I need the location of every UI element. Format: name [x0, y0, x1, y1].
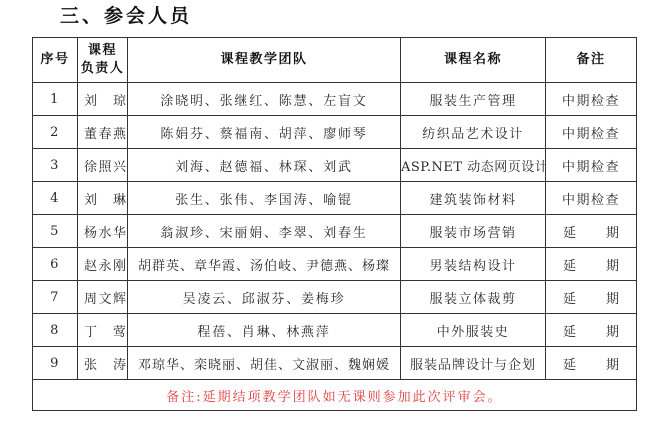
cell-leader: 张 涛: [78, 347, 128, 380]
cell-team: 邓琼华、栾晓丽、胡佳、文淑丽、魏娴媛: [128, 347, 401, 380]
cell-index: 2: [33, 116, 78, 149]
header-leader-line1: 课程: [78, 42, 127, 60]
cell-course: 服装生产管理: [401, 83, 546, 116]
remark-text: 延期: [563, 255, 619, 274]
cell-remark: 延期: [546, 281, 637, 314]
header-leader-line2: 负责人: [78, 60, 127, 78]
section-title: 三、参会人员: [60, 3, 192, 29]
cell-course: 中外服装史: [401, 314, 546, 347]
header-index: 序号: [33, 38, 78, 83]
cell-leader: 周文辉: [78, 281, 128, 314]
cell-team: 涂晓明、张继红、陈慧、左盲文: [128, 83, 401, 116]
table-row: 3 徐照兴 刘海、赵德福、林琛、刘武 ASP.NET 动态网页设计 中期检查: [33, 149, 637, 182]
remark-text: 延期: [563, 321, 619, 340]
cell-index: 4: [33, 182, 78, 215]
cell-team: 吴凌云、邱淑芬、姜梅珍: [128, 281, 401, 314]
cell-index: 5: [33, 215, 78, 248]
header-leader: 课程 负责人: [78, 38, 128, 83]
remark-text: 延期: [563, 288, 619, 307]
participants-table: 序号 课程 负责人 课程教学团队 课程名称 备注 1 刘 琼 涂晓明、张继红、陈…: [32, 37, 637, 411]
table-row: 8 丁 莺 程蓓、肖琳、林燕萍 中外服装史 延期: [33, 314, 637, 347]
cell-index: 1: [33, 83, 78, 116]
cell-course: 服装立体裁剪: [401, 281, 546, 314]
cell-remark: 中期检查: [546, 149, 637, 182]
cell-team: 翁淑珍、宋丽娟、李翠、刘春生: [128, 215, 401, 248]
footnote-row: 备注:延期结项教学团队如无课则参加此次评审会。: [33, 380, 637, 411]
cell-index: 6: [33, 248, 78, 281]
remark-text: 延期: [563, 222, 619, 241]
cell-index: 3: [33, 149, 78, 182]
table-row: 1 刘 琼 涂晓明、张继红、陈慧、左盲文 服装生产管理 中期检查: [33, 83, 637, 116]
table-row: 5 杨水华 翁淑珍、宋丽娟、李翠、刘春生 服装市场营销 延期: [33, 215, 637, 248]
cell-leader: 董春燕: [78, 116, 128, 149]
cell-remark: 延期: [546, 347, 637, 380]
header-remark: 备注: [546, 38, 637, 83]
header-course: 课程名称: [401, 38, 546, 83]
cell-course: 男装结构设计: [401, 248, 546, 281]
header-team: 课程教学团队: [128, 38, 401, 83]
cell-remark: 延期: [546, 248, 637, 281]
cell-remark: 中期检查: [546, 182, 637, 215]
cell-course: 建筑装饰材料: [401, 182, 546, 215]
cell-team: 刘海、赵德福、林琛、刘武: [128, 149, 401, 182]
footnote: 备注:延期结项教学团队如无课则参加此次评审会。: [33, 380, 637, 411]
cell-course: 服装品牌设计与企划: [401, 347, 546, 380]
table-header-row: 序号 课程 负责人 课程教学团队 课程名称 备注: [33, 38, 637, 83]
cell-remark: 延期: [546, 215, 637, 248]
cell-leader: 刘 琼: [78, 83, 128, 116]
table-row: 2 董春燕 陈娟芬、蔡福南、胡萍、廖师琴 纺织品艺术设计 中期检查: [33, 116, 637, 149]
cell-index: 9: [33, 347, 78, 380]
remark-text: 延期: [563, 354, 619, 373]
cell-course: 服装市场营销: [401, 215, 546, 248]
cell-leader: 刘 琳: [78, 182, 128, 215]
cell-remark: 中期检查: [546, 116, 637, 149]
cell-course: ASP.NET 动态网页设计: [401, 149, 546, 182]
cell-leader: 赵永刚: [78, 248, 128, 281]
cell-remark: 延期: [546, 314, 637, 347]
cell-remark: 中期检查: [546, 83, 637, 116]
cell-team: 张生、张伟、李国涛、喻锟: [128, 182, 401, 215]
cell-leader: 徐照兴: [78, 149, 128, 182]
table-row: 9 张 涛 邓琼华、栾晓丽、胡佳、文淑丽、魏娴媛 服装品牌设计与企划 延期: [33, 347, 637, 380]
table-row: 6 赵永刚 胡群英、章华霞、汤伯岐、尹德燕、杨璨 男装结构设计 延期: [33, 248, 637, 281]
table-row: 4 刘 琳 张生、张伟、李国涛、喻锟 建筑装饰材料 中期检查: [33, 182, 637, 215]
cell-leader: 杨水华: [78, 215, 128, 248]
table-row: 7 周文辉 吴凌云、邱淑芬、姜梅珍 服装立体裁剪 延期: [33, 281, 637, 314]
cell-index: 8: [33, 314, 78, 347]
cell-leader: 丁 莺: [78, 314, 128, 347]
cell-team: 胡群英、章华霞、汤伯岐、尹德燕、杨璨: [128, 248, 401, 281]
cell-team: 陈娟芬、蔡福南、胡萍、廖师琴: [128, 116, 401, 149]
cell-index: 7: [33, 281, 78, 314]
cell-team: 程蓓、肖琳、林燕萍: [128, 314, 401, 347]
cell-course: 纺织品艺术设计: [401, 116, 546, 149]
